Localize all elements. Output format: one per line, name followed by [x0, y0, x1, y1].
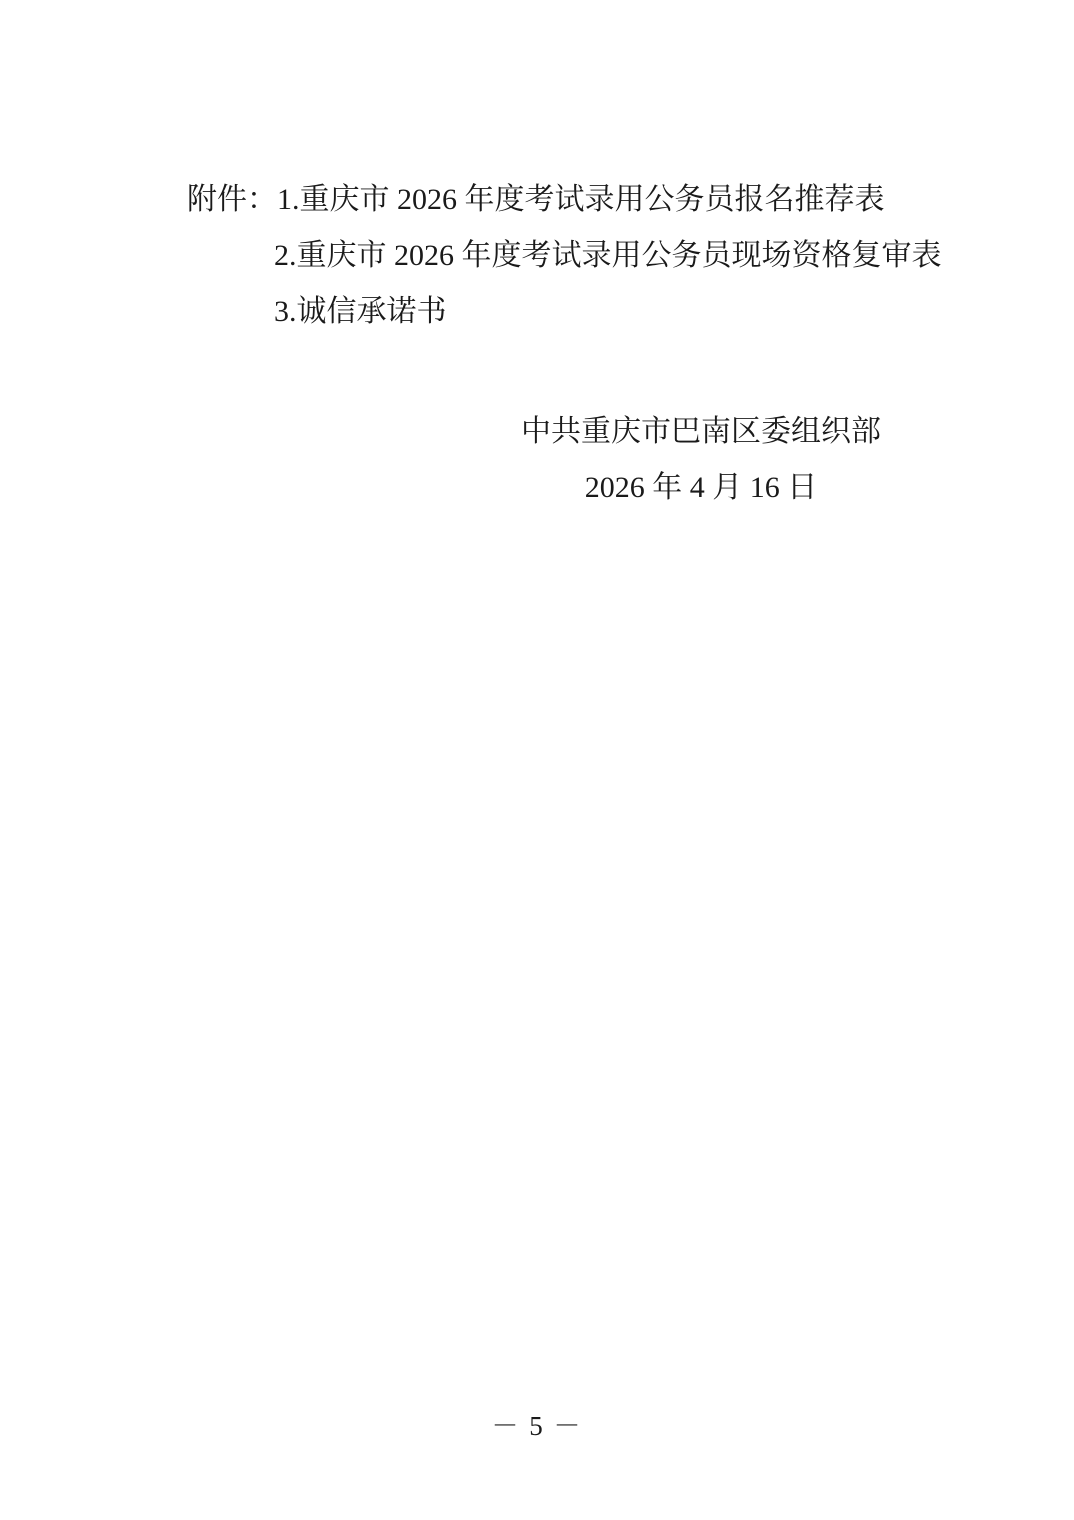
- attachment-item-1: 1.重庆市 2026 年度考试录用公务员报名推荐表: [277, 183, 885, 216]
- document-page: 附件：1.重庆市 2026 年度考试录用公务员报名推荐表 2.重庆市 2026 …: [0, 0, 1074, 1520]
- issuing-organization: 中共重庆市巴南区委组织部: [520, 404, 882, 460]
- issue-date: 2026 年 4 月 16 日: [520, 460, 882, 516]
- attachments-block: 附件：1.重庆市 2026 年度考试录用公务员报名推荐表 2.重庆市 2026 …: [187, 172, 942, 340]
- attachments-label: 附件：: [187, 183, 277, 216]
- signature-block: 中共重庆市巴南区委组织部 2026 年 4 月 16 日: [520, 404, 882, 516]
- page-number: － 5 －: [0, 1404, 1074, 1443]
- attachment-line-1: 附件：1.重庆市 2026 年度考试录用公务员报名推荐表: [187, 172, 942, 228]
- attachment-item-2: 2.重庆市 2026 年度考试录用公务员现场资格复审表: [187, 228, 942, 284]
- attachment-item-3: 3.诚信承诺书: [187, 284, 942, 340]
